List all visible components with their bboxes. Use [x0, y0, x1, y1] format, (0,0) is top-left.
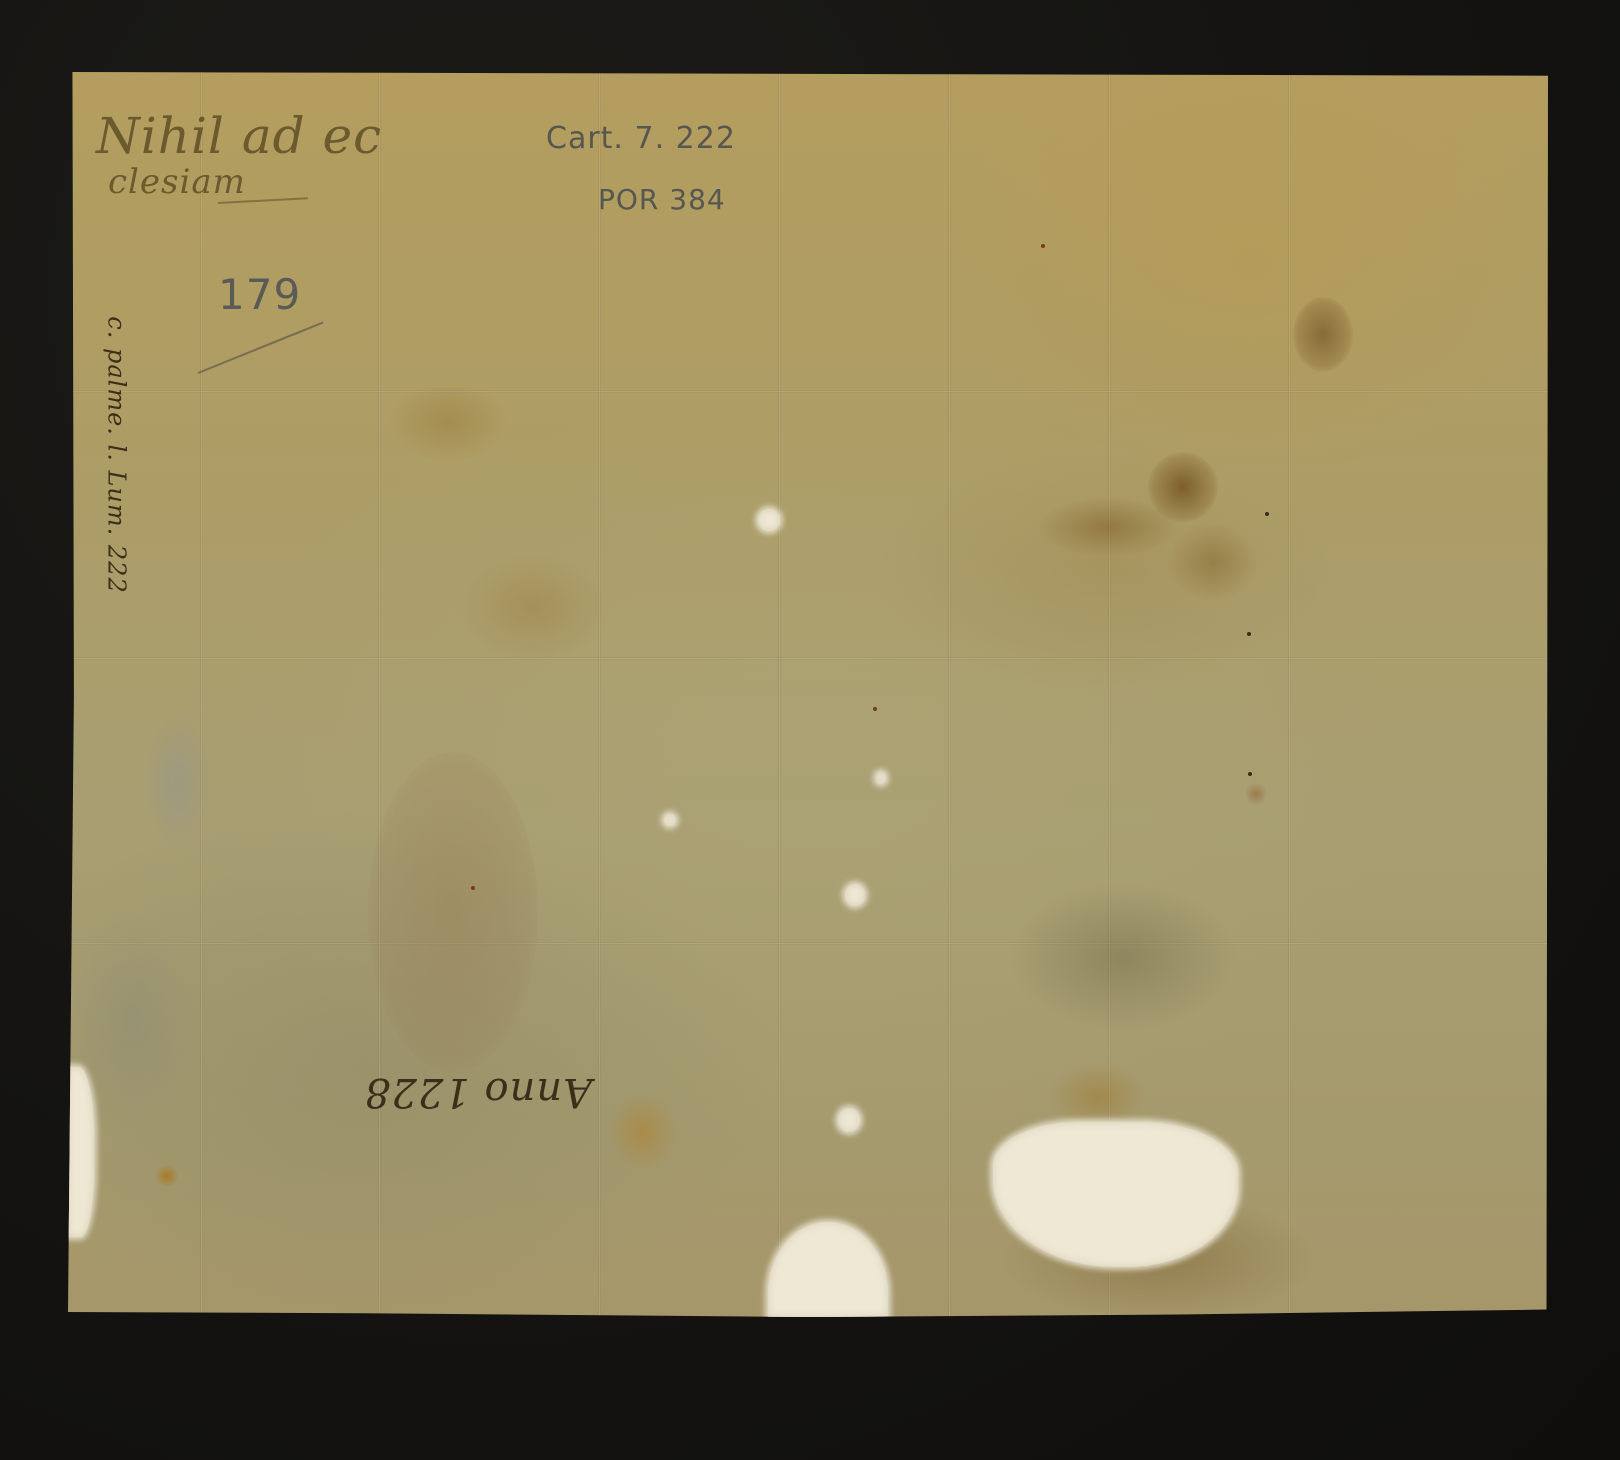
archive-shelfmark: Cart. 7. 222: [546, 122, 736, 156]
fold-line: [378, 72, 381, 1317]
pinhole: [845, 884, 865, 906]
rust-speck: [471, 886, 475, 890]
fold-line: [68, 657, 1548, 660]
mold-speckle: [1008, 882, 1238, 1032]
pinhole: [838, 1108, 860, 1132]
rust-stain: [458, 552, 608, 662]
parchment-loss: [68, 1067, 94, 1237]
rust-speck: [1041, 244, 1045, 248]
rust-stain: [608, 1092, 678, 1172]
grey-stain: [143, 712, 213, 852]
water-stain: [368, 752, 538, 1072]
rust-speck: [873, 707, 877, 711]
brown-stain: [1038, 497, 1178, 557]
fold-line: [68, 390, 1548, 393]
fold-line: [1288, 72, 1291, 1317]
parchment-loss: [768, 1222, 888, 1317]
fold-line: [778, 72, 781, 1317]
ink-speck: [1248, 772, 1252, 776]
pencil-number: 179: [218, 272, 301, 318]
pinhole: [664, 814, 676, 826]
inverted-date-note: Anno 1228: [364, 1070, 592, 1114]
dorsal-note-clesiam: clesiam: [108, 164, 246, 200]
fold-line: [598, 72, 601, 1317]
pinhole: [876, 772, 886, 784]
parchment-sheet: Nihil ad ec clesiam Cart. 7. 222 POR 384…: [68, 72, 1548, 1317]
ink-speck: [1265, 512, 1269, 516]
brown-stain: [1168, 522, 1258, 602]
dorsal-note-nihil: Nihil ad ec: [96, 110, 382, 162]
fold-line: [68, 942, 1548, 945]
brown-stain: [1293, 297, 1353, 372]
orange-spot: [1246, 782, 1266, 806]
pencil-stroke: [198, 322, 324, 374]
fold-line: [200, 72, 203, 1317]
ink-speck: [1247, 632, 1251, 636]
archive-number: POR 384: [598, 184, 726, 216]
fold-line: [948, 72, 951, 1317]
pinhole: [758, 509, 780, 531]
vertical-margin-note: c. palme. l. Lum. 222: [104, 316, 130, 593]
rust-stain: [388, 382, 508, 462]
orange-spot: [156, 1165, 178, 1187]
